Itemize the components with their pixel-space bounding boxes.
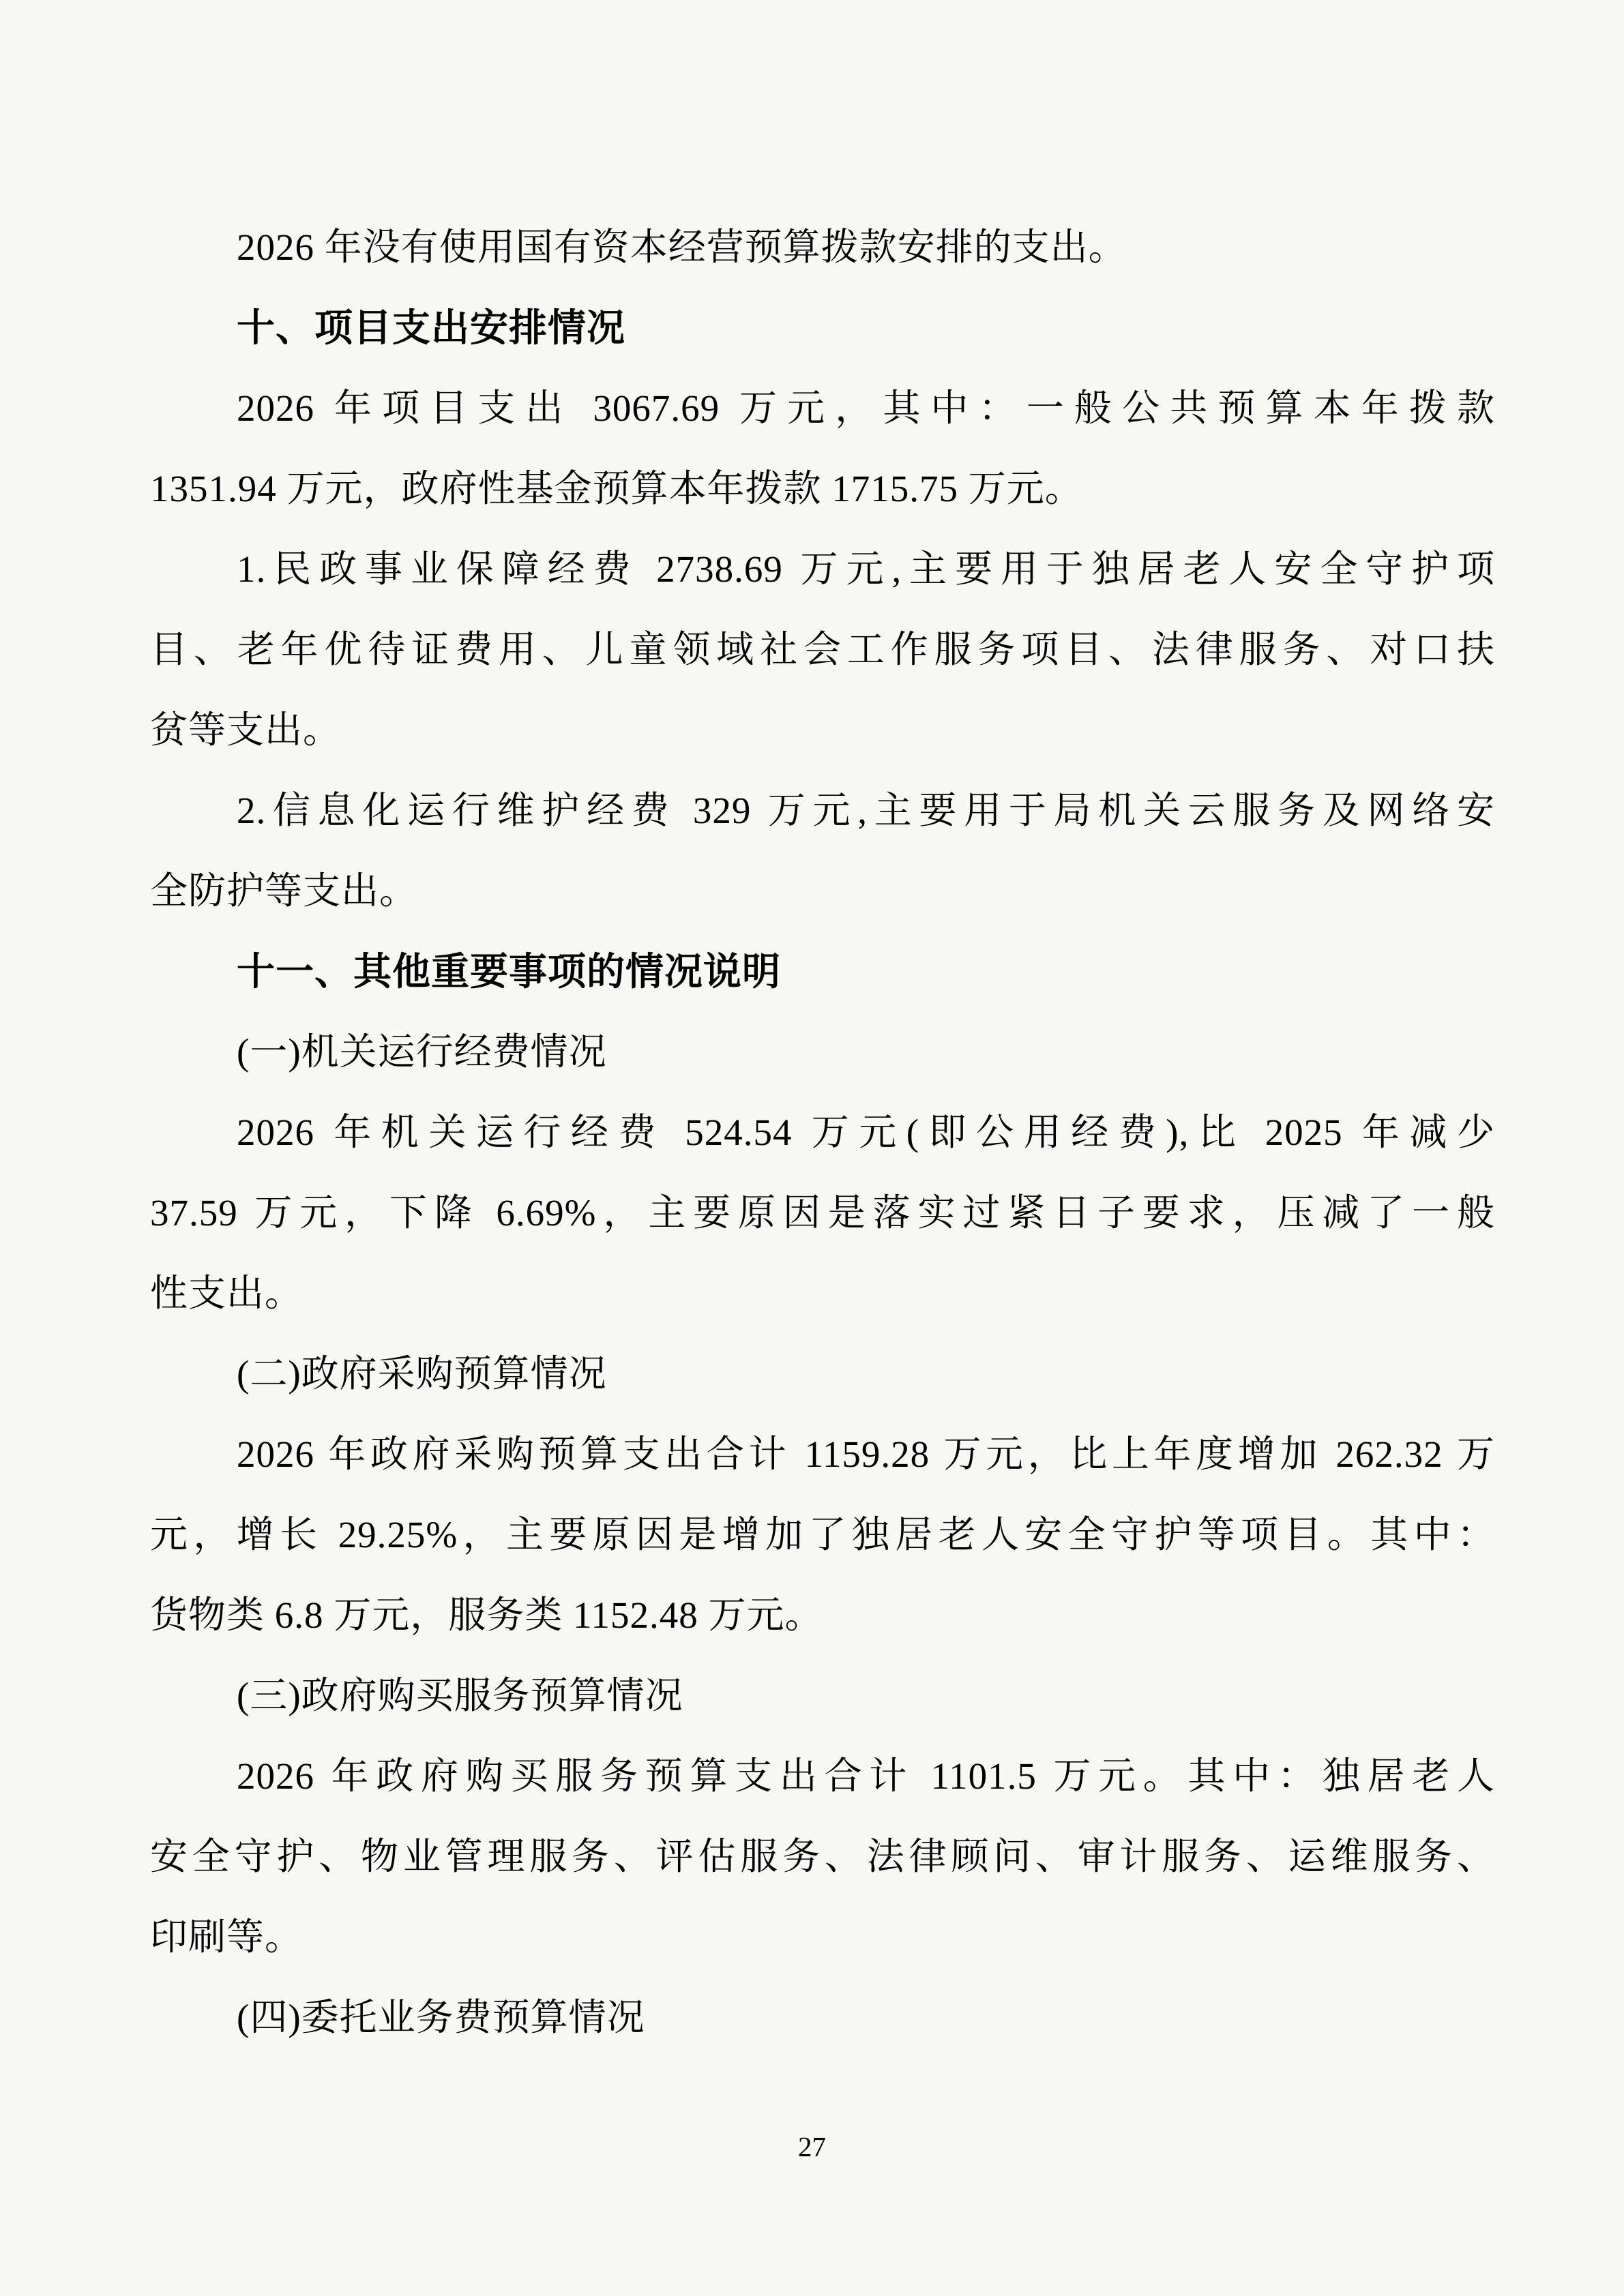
paragraph-line: 性支出。 [150, 1253, 1495, 1334]
paragraph-line: 货物类 6.8 万元，服务类 1152.48 万元。 [150, 1575, 1495, 1656]
subsection-heading: (二)政府采购预算情况 [150, 1334, 1495, 1414]
subsection-heading: (三)政府购买服务预算情况 [150, 1656, 1495, 1736]
paragraph-first-line: 2026 年项目支出 3067.69 万元，其中：一般公共预算本年拨款 [150, 368, 1495, 449]
section-heading: 十一、其他重要事项的情况说明 [150, 931, 1495, 1012]
paragraph-line: 印刷等。 [150, 1897, 1495, 1978]
document-page: 2026 年没有使用国有资本经营预算拨款安排的支出。十、项目支出安排情况2026… [0, 0, 1624, 2296]
paragraph-line: 安全守护、物业管理服务、评估服务、法律顾问、审计服务、运维服务、 [150, 1817, 1495, 1897]
paragraph-first-line: 2026 年政府购买服务预算支出合计 1101.5 万元。其中：独居老人 [150, 1736, 1495, 1817]
paragraph-line: 目、老年优待证费用、儿童领域社会工作服务项目、法律服务、对口扶 [150, 610, 1495, 690]
paragraph-first-line: 2026 年机关运行经费 524.54 万元(即公用经费),比 2025 年减少 [150, 1092, 1495, 1173]
section-heading: 十、项目支出安排情况 [150, 288, 1495, 368]
subsection-heading: (一)机关运行经费情况 [150, 1012, 1495, 1092]
text-block: 2026 年没有使用国有资本经营预算拨款安排的支出。十、项目支出安排情况2026… [150, 207, 1495, 2058]
paragraph-line: 1351.94 万元，政府性基金预算本年拨款 1715.75 万元。 [150, 449, 1495, 529]
paragraph-line: 37.59 万元，下降 6.69%，主要原因是落实过紧日子要求，压减了一般 [150, 1173, 1495, 1253]
subsection-heading: (四)委托业务费预算情况 [150, 1978, 1495, 2058]
paragraph-first-line: 1.民政事业保障经费 2738.69 万元,主要用于独居老人安全守护项 [150, 529, 1495, 610]
paragraph-first-line: 2.信息化运行维护经费 329 万元,主要用于局机关云服务及网络安 [150, 771, 1495, 851]
paragraph-line: 元，增长 29.25%，主要原因是增加了独居老人安全守护等项目。其中： [150, 1495, 1495, 1575]
page-number: 27 [0, 2132, 1624, 2162]
paragraph-line: 全防护等支出。 [150, 851, 1495, 931]
paragraph-line: 贫等支出。 [150, 690, 1495, 771]
paragraph-first-line: 2026 年没有使用国有资本经营预算拨款安排的支出。 [150, 207, 1495, 288]
paragraph-first-line: 2026 年政府采购预算支出合计 1159.28 万元，比上年度增加 262.3… [150, 1414, 1495, 1495]
